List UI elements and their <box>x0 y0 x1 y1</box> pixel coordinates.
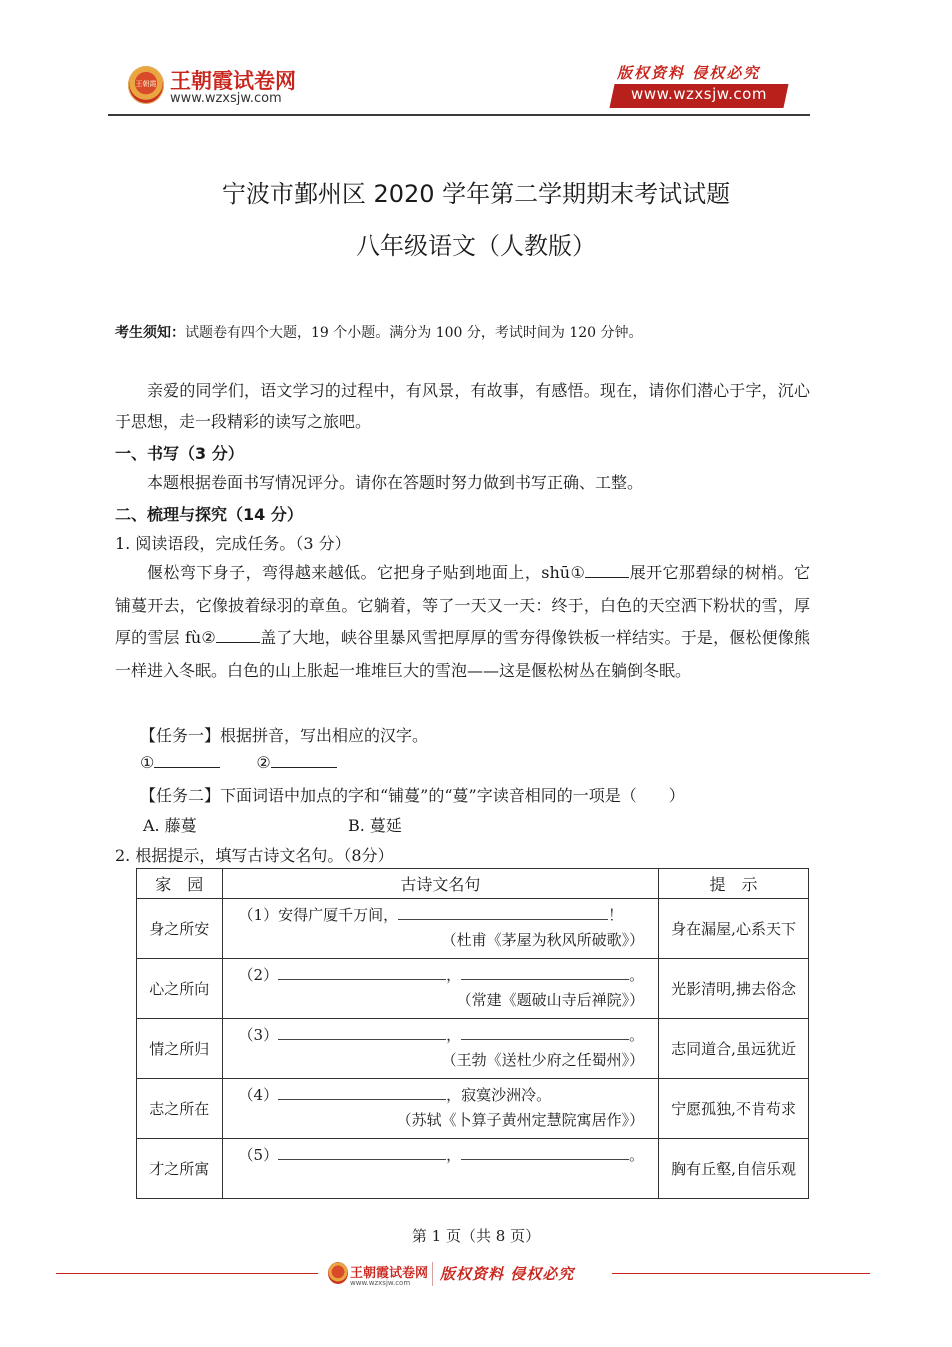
row-category: 身之所安 <box>137 899 223 959</box>
punctuation: ， <box>446 1026 461 1044</box>
footer-logo-url[interactable]: www.wzxsjw.com <box>350 1279 410 1287</box>
column-header-poem: 古诗文名句 <box>222 869 659 899</box>
section-heading-explore: 二、梳理与探究（14 分） <box>115 502 303 525</box>
header-divider <box>108 114 810 116</box>
poem-source: （王勃《送杜少府之任蜀州》） <box>239 1047 645 1073</box>
footer-divider-left <box>56 1273 318 1274</box>
poem-answer-blank[interactable] <box>461 1025 629 1040</box>
task-1-prompt: 【任务一】根据拼音，写出相应的汉字。 <box>140 723 428 746</box>
section-heading-writing: 一、书写（3 分） <box>115 441 244 464</box>
answer-marker-1: ① <box>140 753 154 772</box>
row-hint: 胸有丘壑,自信乐观 <box>659 1139 809 1199</box>
poem-answer-blank[interactable] <box>278 1145 446 1160</box>
row-category: 情之所归 <box>137 1019 223 1079</box>
row-hint: 身在漏屋,心系天下 <box>659 899 809 959</box>
poem-answer-blank[interactable] <box>461 965 629 980</box>
table-row: 身之所安 （1）安得广厦千万间，！ （杜甫《茅屋为秋风所破歌》） 身在漏屋,心系… <box>137 899 809 959</box>
section-writing-text: 本题根据卷面书写情况评分。请你在答题时努力做到书写正确、工整。 <box>115 467 810 498</box>
table-row: 才之所寓 （5），。 胸有丘壑,自信乐观 <box>137 1139 809 1199</box>
table-header-row: 家 园 古诗文名句 提 示 <box>137 869 809 899</box>
footer-logo-badge-icon <box>328 1262 348 1284</box>
exam-title: 宁波市鄞州区 2020 学年第二学期期末考试试题 <box>0 174 952 209</box>
item-number: （3） <box>239 1026 279 1044</box>
poem-source: （苏轼《卜算子黄州定慧院寓居作》） <box>239 1107 645 1133</box>
poem-source: （杜甫《茅屋为秋风所破歌》） <box>239 927 645 953</box>
notice-label: 考生须知： <box>115 325 185 341</box>
passage-text: 偃松弯下身子，弯得越来越低。它把身子贴到地面上，shū① <box>147 563 585 582</box>
column-header-category: 家 园 <box>137 869 223 899</box>
option-b[interactable]: B. 蔓延 <box>348 813 402 836</box>
punctuation: 。 <box>629 1146 644 1164</box>
page-number: 第 1 页（共 8 页） <box>0 1225 952 1246</box>
row-poem-cell: （4），寂寞沙洲冷。 （苏轼《卜算子黄州定慧院寓居作》） <box>222 1079 659 1139</box>
exam-subtitle: 八年级语文（人教版） <box>0 226 952 261</box>
poem-answer-blank[interactable] <box>278 1085 446 1100</box>
table-row: 情之所归 （3），。 （王勃《送杜少府之任蜀州》） 志同道合,虽远犹近 <box>137 1019 809 1079</box>
poem-answer-blank[interactable] <box>278 1025 446 1040</box>
poem-answer-blank[interactable] <box>278 965 446 980</box>
question-1-stem: 1. 阅读语段，完成任务。（3 分） <box>115 531 351 554</box>
site-logo-url: www.wzxsjw.com <box>170 91 282 106</box>
row-hint: 光影清明,拂去俗念 <box>659 959 809 1019</box>
item-number: （1） <box>239 906 279 924</box>
question-1-passage: 偃松弯下身子，弯得越来越低。它把身子贴到地面上，shū①展开它那碧绿的树梢。它铺… <box>115 557 810 687</box>
question-2-stem: 2. 根据提示，填写古诗文名句。（8分） <box>115 843 394 866</box>
footer-separator <box>432 1262 433 1286</box>
table-row: 志之所在 （4），寂寞沙洲冷。 （苏轼《卜算子黄州定慧院寓居作》） 宁愿孤独,不… <box>137 1079 809 1139</box>
row-category: 志之所在 <box>137 1079 223 1139</box>
row-hint: 宁愿孤独,不肯苟求 <box>659 1079 809 1139</box>
answer-blank-2[interactable] <box>271 753 337 768</box>
row-poem-cell: （1）安得广厦千万间，！ （杜甫《茅屋为秋风所破歌》） <box>222 899 659 959</box>
exam-notice: 考生须知：试题卷有四个大题，19 个小题。满分为 100 分，考试时间为 120… <box>115 322 643 342</box>
answer-blank-1[interactable] <box>154 753 220 768</box>
notice-text: 试题卷有四个大题，19 个小题。满分为 100 分，考试时间为 120 分钟。 <box>185 325 643 341</box>
answer-marker-2: ② <box>256 753 270 772</box>
row-category: 才之所寓 <box>137 1139 223 1199</box>
row-category: 心之所向 <box>137 959 223 1019</box>
logo-badge-text: 王朝霞 <box>132 79 160 89</box>
poem-answer-blank[interactable] <box>461 1145 629 1160</box>
row-poem-cell: （3），。 （王勃《送杜少府之任蜀州》） <box>222 1019 659 1079</box>
footer-divider-right <box>612 1273 870 1274</box>
task-1-answers: ①② <box>140 753 337 772</box>
punctuation: 。 <box>629 1026 644 1044</box>
pinyin-blank-2[interactable] <box>216 628 260 643</box>
punctuation: ！ <box>608 906 623 924</box>
item-number: （5） <box>239 1146 279 1164</box>
poem-answer-blank[interactable] <box>398 905 608 920</box>
pinyin-blank-1[interactable] <box>585 563 629 578</box>
url-banner-link[interactable]: www.wzxsjw.com <box>612 85 786 103</box>
poem-source: （常建《题破山寺后禅院》） <box>239 987 645 1013</box>
task-2-prompt: 【任务二】下面词语中加点的字和“铺蔓”的“蔓”字读音相同的一项是（ ） <box>140 783 685 806</box>
item-number: （4） <box>239 1086 279 1104</box>
row-poem-cell: （5），。 <box>222 1139 659 1199</box>
punctuation: 。 <box>629 966 644 984</box>
column-header-hint: 提 示 <box>659 869 809 899</box>
copyright-slogan: 版权资料 侵权必究 <box>617 62 760 83</box>
item-number: （2） <box>239 966 279 984</box>
footer-slogan: 版权资料 侵权必究 <box>440 1263 574 1284</box>
option-a[interactable]: A. 藤蔓 <box>143 813 197 836</box>
table-row: 心之所向 （2），。 （常建《题破山寺后禅院》） 光影清明,拂去俗念 <box>137 959 809 1019</box>
poem-given-text: 安得广厦千万间， <box>278 906 398 924</box>
poem-given-text: ，寂寞沙洲冷。 <box>446 1086 551 1104</box>
poem-table: 家 园 古诗文名句 提 示 身之所安 （1）安得广厦千万间，！ （杜甫《茅屋为秋… <box>136 868 809 1199</box>
punctuation: ， <box>446 966 461 984</box>
intro-paragraph: 亲爱的同学们，语文学习的过程中，有风景，有故事，有感悟。现在，请你们潜心于字，沉… <box>115 375 810 437</box>
row-poem-cell: （2），。 （常建《题破山寺后禅院》） <box>222 959 659 1019</box>
row-hint: 志同道合,虽远犹近 <box>659 1019 809 1079</box>
punctuation: ， <box>446 1146 461 1164</box>
